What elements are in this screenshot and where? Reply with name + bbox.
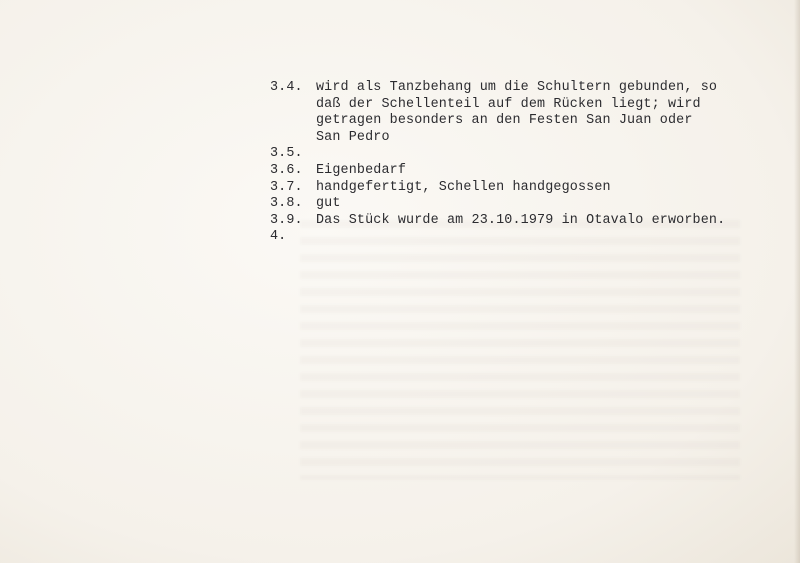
entry-text: wird als Tanzbehang um die Schultern geb…	[316, 80, 717, 97]
entry-3-8: 3.8. gut	[270, 196, 725, 213]
entry-text: Eigenbedarf	[316, 163, 406, 180]
entry-3-7: 3.7. handgefertigt, Schellen handgegosse…	[270, 180, 725, 197]
entry-3-9: 3.9. Das Stück wurde am 23.10.1979 in Ot…	[270, 213, 725, 230]
entry-number: 3.8.	[270, 196, 316, 213]
show-through-text	[300, 220, 740, 480]
entry-3-4: 3.4. wird als Tanzbehang um die Schulter…	[270, 80, 725, 97]
entry-text: handgefertigt, Schellen handgegossen	[316, 180, 611, 197]
entry-4: 4.	[270, 229, 725, 246]
entry-text-continued: San Pedro	[270, 130, 725, 147]
entry-text-continued: getragen besonders an den Festen San Jua…	[270, 113, 725, 130]
entry-text: Das Stück wurde am 23.10.1979 in Otavalo…	[316, 213, 725, 230]
entry-number: 3.7.	[270, 180, 316, 197]
entry-3-5: 3.5.	[270, 146, 725, 163]
typed-entries: 3.4. wird als Tanzbehang um die Schulter…	[270, 80, 725, 246]
entry-text-continued: daß der Schellenteil auf dem Rücken lieg…	[270, 97, 725, 114]
entry-text: gut	[316, 196, 341, 213]
entry-3-6: 3.6. Eigenbedarf	[270, 163, 725, 180]
entry-number: 4.	[270, 229, 316, 246]
typewritten-card: 3.4. wird als Tanzbehang um die Schulter…	[0, 0, 800, 563]
card-edge	[794, 0, 800, 563]
entry-number: 3.4.	[270, 80, 316, 97]
entry-number: 3.6.	[270, 163, 316, 180]
entry-number: 3.5.	[270, 146, 316, 163]
entry-number: 3.9.	[270, 213, 316, 230]
